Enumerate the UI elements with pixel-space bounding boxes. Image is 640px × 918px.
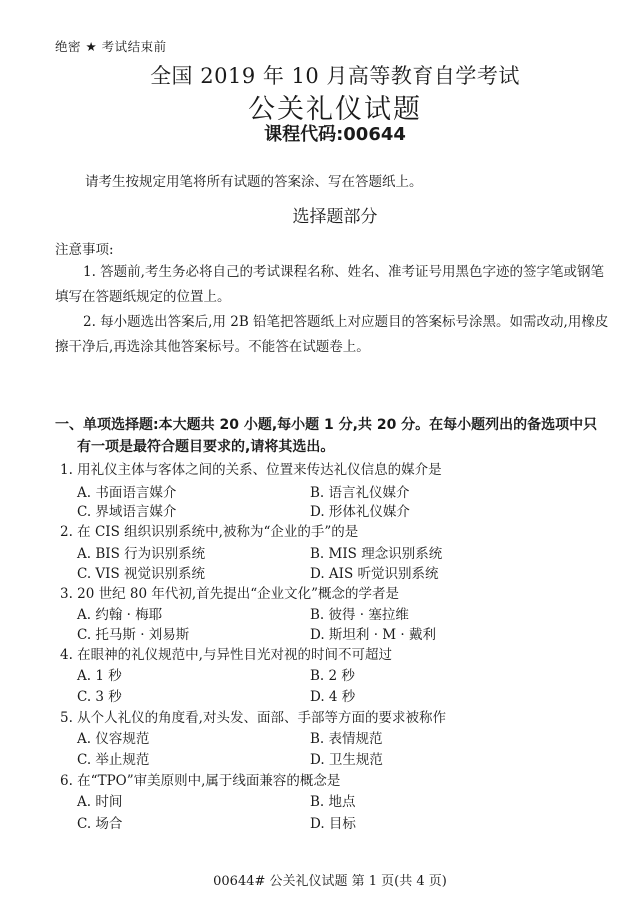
question-stem: 5. 从个人礼仪的角度看,对头发、面部、手部等方面的要求被称作 (60, 706, 446, 726)
option-d: D. 卫生规范 (310, 748, 383, 768)
option-b: B. 表情规范 (310, 727, 383, 747)
option-b: B. 地点 (310, 790, 356, 810)
option-d: D. 斯坦利 · M · 戴利 (310, 623, 436, 643)
option-c: C. 界域语言媒介 (77, 500, 176, 520)
option-a: A. 书面语言媒介 (77, 481, 176, 501)
option-d: D. 形体礼仪媒介 (310, 500, 410, 520)
option-c: C. 场合 (77, 812, 122, 832)
question-stem: 6. 在“TPO”审美原则中,属于线面兼容的概念是 (60, 769, 340, 789)
note-item: 1. 答题前,考生务必将自己的考试课程名称、姓名、准考证号用黑色字迹的签字笔或钢… (55, 260, 615, 310)
option-b: B. 2 秒 (310, 664, 355, 684)
option-d: D. AIS 听觉识别系统 (310, 562, 439, 582)
question-stem: 3. 20 世纪 80 年代初,首先提出“企业文化”概念的学者是 (60, 582, 399, 602)
option-c: C. 3 秒 (77, 685, 122, 705)
question-stem: 1. 用礼仪主体与客体之间的关系、位置来传达礼仪信息的媒介是 (60, 458, 442, 478)
section-part-title: 选择题部分 (0, 202, 640, 227)
option-b: B. 语言礼仪媒介 (310, 481, 410, 501)
general-instruction: 请考生按规定用笔将所有试题的答案涂、写在答题纸上。 (85, 170, 423, 190)
exam-title: 全国 2019 年 10 月高等教育自学考试 (0, 60, 640, 90)
option-d: D. 目标 (310, 812, 356, 832)
notes-title: 注意事项: (55, 238, 114, 258)
confidential-label: 绝密 ★ 考试结束前 (55, 37, 167, 55)
option-b: B. 彼得 · 塞拉维 (310, 603, 409, 623)
option-c: C. 托马斯 · 刘易斯 (77, 623, 189, 643)
page-footer: 00644# 公关礼仪试题 第 1 页(共 4 页) (0, 870, 640, 889)
note-item: 2. 每小题选出答案后,用 2B 铅笔把答题纸上对应题目的答案标号涂黑。如需改动… (55, 310, 615, 360)
option-c: C. VIS 视觉识别系统 (77, 562, 205, 582)
option-c: C. 举止规范 (77, 748, 149, 768)
option-a: A. 时间 (77, 790, 122, 810)
question-stem: 4. 在眼神的礼仪规范中,与异性目光对视的时间不可超过 (60, 643, 392, 663)
section-heading-continued: 有一项是最符合题目要求的,请将其选出。 (77, 436, 334, 456)
option-a: A. 仪容规范 (77, 727, 149, 747)
question-stem: 2. 在 CIS 组织识别系统中,被称为“企业的手”的是 (60, 520, 358, 540)
option-a: A. 约翰 · 梅耶 (77, 603, 162, 623)
course-code: 课程代码:00644 (0, 120, 640, 146)
section-heading: 一、单项选择题:本大题共 20 小题,每小题 1 分,共 20 分。在每小题列出… (55, 414, 597, 434)
option-b: B. MIS 理念识别系统 (310, 542, 442, 562)
option-a: A. 1 秒 (77, 664, 122, 684)
option-a: A. BIS 行为识别系统 (77, 542, 205, 562)
option-d: D. 4 秒 (310, 685, 355, 705)
